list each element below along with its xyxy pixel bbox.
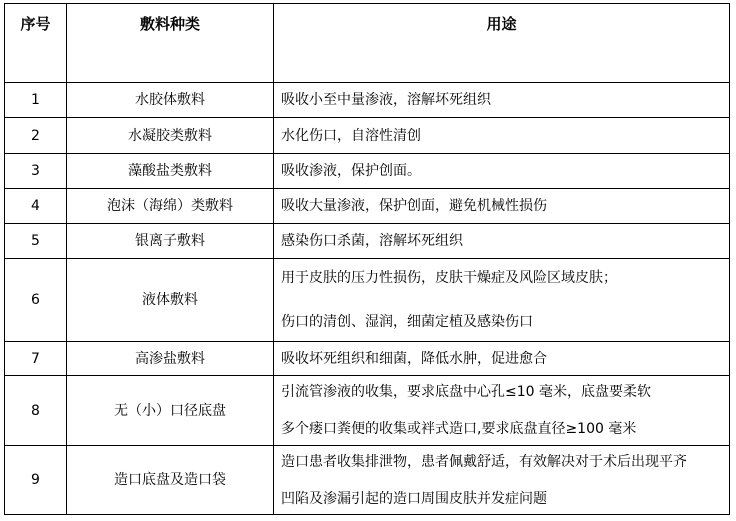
table-row: 8 无（小）口径底盘 引流管渗液的收集，要求底盘中心孔≤10 毫米，底盘要柔软 … xyxy=(5,376,730,446)
dressing-use: 吸收渗液，保护创面。 xyxy=(274,154,730,189)
row-number: 3 xyxy=(5,154,67,189)
table-row: 2 水凝胶类敷料 水化伤口，自溶性清创 xyxy=(5,118,730,154)
dressing-type: 水胶体敷料 xyxy=(67,83,274,118)
header-cell-num: 序号 xyxy=(5,4,67,83)
table-row: 3 藻酸盐类敷料 吸收渗液，保护创面。 xyxy=(5,154,730,189)
row-number: 4 xyxy=(5,189,67,224)
dressing-use: 吸收小至中量渗液，溶解坏死组织 xyxy=(274,83,730,118)
row-number: 9 xyxy=(5,446,67,515)
table-row: 4 泡沫（海绵）类敷料 吸收大量渗液，保护创面，避免机械性损伤 xyxy=(5,189,730,224)
row-number: 6 xyxy=(5,259,67,342)
dressing-type: 无（小）口径底盘 xyxy=(67,376,274,446)
row-number: 2 xyxy=(5,118,67,154)
row-number: 8 xyxy=(5,376,67,446)
header-row: 序号 敷料种类 用途 xyxy=(5,4,730,83)
dressing-type: 银离子敷料 xyxy=(67,224,274,259)
dressing-use: 水化伤口，自溶性清创 xyxy=(274,118,730,154)
table-row: 6 液体敷料 用于皮肤的压力性损伤，皮肤干燥症及风险区域皮肤； 伤口的清创、湿润… xyxy=(5,259,730,342)
use-line: 吸收渗液，保护创面。 xyxy=(281,160,723,182)
use-line: 造口患者收集排泄物，患者佩戴舒适，有效解决对于术后出现平齐 xyxy=(281,451,723,473)
dressing-type: 液体敷料 xyxy=(67,259,274,342)
dressing-table: 序号 敷料种类 用途 1 水胶体敷料 吸收小至中量渗液，溶解坏死组织 2 水凝胶… xyxy=(4,3,730,515)
dressing-type: 造口底盘及造口袋 xyxy=(67,446,274,515)
header-cell-use: 用途 xyxy=(274,4,730,83)
dressing-type: 泡沫（海绵）类敷料 xyxy=(67,189,274,224)
use-line: 多个瘘口粪便的收集或袢式造口,要求底盘直径≥100 毫米 xyxy=(281,418,723,440)
dressing-use: 吸收大量渗液，保护创面，避免机械性损伤 xyxy=(274,189,730,224)
use-line: 吸收大量渗液，保护创面，避免机械性损伤 xyxy=(281,195,723,217)
table-row: 7 高渗盐敷料 吸收坏死组织和细菌，降低水肿，促进愈合 xyxy=(5,342,730,376)
row-number: 1 xyxy=(5,83,67,118)
row-number: 5 xyxy=(5,224,67,259)
dressing-use: 用于皮肤的压力性损伤，皮肤干燥症及风险区域皮肤； 伤口的清创、湿润，细菌定植及感… xyxy=(274,259,730,342)
dressing-type: 高渗盐敷料 xyxy=(67,342,274,376)
dressing-use: 吸收坏死组织和细菌，降低水肿，促进愈合 xyxy=(274,342,730,376)
use-line: 凹陷及渗漏引起的造口周围皮肤并发症问题 xyxy=(281,488,723,510)
dressing-type: 水凝胶类敷料 xyxy=(67,118,274,154)
use-line: 引流管渗液的收集，要求底盘中心孔≤10 毫米，底盘要柔软 xyxy=(281,381,723,403)
use-line: 用于皮肤的压力性损伤，皮肤干燥症及风险区域皮肤； xyxy=(281,267,723,289)
use-line: 吸收小至中量渗液，溶解坏死组织 xyxy=(281,89,723,111)
use-line: 伤口的清创、湿润，细菌定植及感染伤口 xyxy=(281,311,723,333)
use-line: 水化伤口，自溶性清创 xyxy=(281,125,723,147)
header-cell-type: 敷料种类 xyxy=(67,4,274,83)
dressing-use: 感染伤口杀菌，溶解坏死组织 xyxy=(274,224,730,259)
dressing-type: 藻酸盐类敷料 xyxy=(67,154,274,189)
row-number: 7 xyxy=(5,342,67,376)
dressing-use: 引流管渗液的收集，要求底盘中心孔≤10 毫米，底盘要柔软 多个瘘口粪便的收集或袢… xyxy=(274,376,730,446)
table-row: 1 水胶体敷料 吸收小至中量渗液，溶解坏死组织 xyxy=(5,83,730,118)
document-page: 序号 敷料种类 用途 1 水胶体敷料 吸收小至中量渗液，溶解坏死组织 2 水凝胶… xyxy=(0,0,736,521)
use-line: 吸收坏死组织和细菌，降低水肿，促进愈合 xyxy=(281,348,723,370)
table-row: 5 银离子敷料 感染伤口杀菌，溶解坏死组织 xyxy=(5,224,730,259)
use-line: 感染伤口杀菌，溶解坏死组织 xyxy=(281,230,723,252)
dressing-use: 造口患者收集排泄物，患者佩戴舒适，有效解决对于术后出现平齐 凹陷及渗漏引起的造口… xyxy=(274,446,730,515)
table-row: 9 造口底盘及造口袋 造口患者收集排泄物，患者佩戴舒适，有效解决对于术后出现平齐… xyxy=(5,446,730,515)
